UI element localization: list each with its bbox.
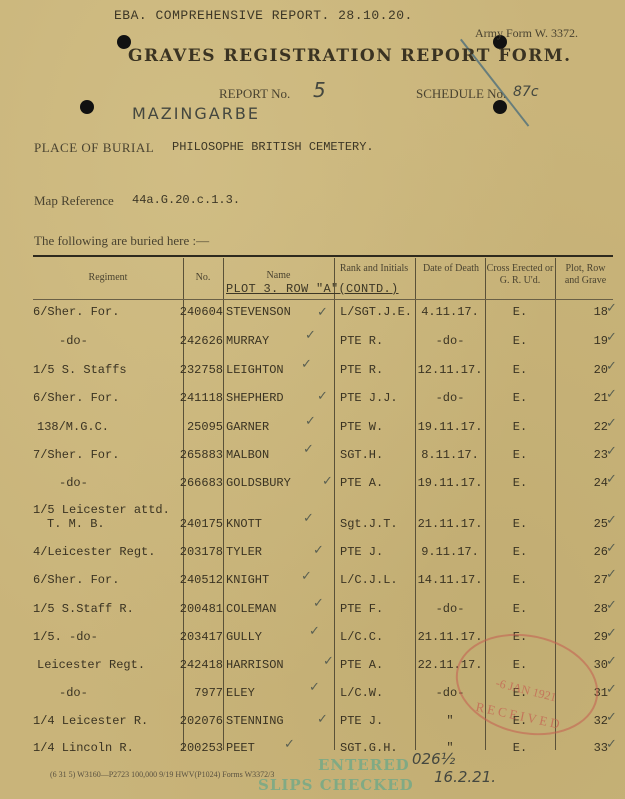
- cell-regiment: 7/Sher. For.: [33, 448, 119, 462]
- cell-grave: 23: [558, 448, 608, 462]
- check-mark-icon: ✓: [606, 737, 617, 752]
- cell-name: GARNER: [226, 420, 269, 434]
- check-mark-icon: ✓: [313, 596, 324, 611]
- table-row: 4/Leicester Regt. 203178 TYLER ✓ PTE J. …: [33, 545, 613, 565]
- cell-cross: E.: [485, 476, 555, 490]
- cell-date: 21.11.17.: [417, 517, 483, 531]
- cell-regiment: 6/Sher. For.: [33, 391, 119, 405]
- table-row: 6/Sher. For. 240604 STEVENSON ✓ L/SGT.J.…: [33, 305, 613, 325]
- check-mark-icon: ✓: [606, 598, 617, 613]
- cell-rank: PTE R.: [340, 363, 383, 377]
- cell-cross: E.: [485, 448, 555, 462]
- cell-number: 240604: [179, 305, 223, 319]
- army-form-number: Army Form W. 3372.: [475, 26, 578, 41]
- handwritten-date: 16.2.21.: [434, 768, 496, 786]
- cell-grave: 27: [558, 573, 608, 587]
- cell-grave: 28: [558, 602, 608, 616]
- cell-cross: E.: [485, 573, 555, 587]
- check-mark-icon: ✓: [606, 359, 617, 374]
- check-mark-icon: ✓: [317, 712, 328, 727]
- cell-rank: L/C.C.: [340, 630, 383, 644]
- check-mark-icon: ✓: [606, 330, 617, 345]
- cell-cross: E.: [485, 741, 555, 755]
- cell-grave: 18: [558, 305, 608, 319]
- place-handwritten: MAZINGARBE: [132, 104, 260, 123]
- punch-hole: [493, 100, 507, 114]
- map-reference-value: 44a.G.20.c.1.3.: [132, 193, 240, 207]
- cell-grave: 26: [558, 545, 608, 559]
- cell-rank: L/C.W.: [340, 686, 383, 700]
- cell-rank: PTE W.: [340, 420, 383, 434]
- table-row: 1/5 S. Staffs 232758 LEIGHTON ✓ PTE R. 1…: [33, 363, 613, 383]
- cell-cross: E.: [485, 334, 555, 348]
- check-mark-icon: ✓: [317, 389, 328, 404]
- buried-here-label: The following are buried here :—: [34, 233, 209, 249]
- column-header-rank: Rank and Initials: [338, 263, 410, 275]
- cell-date: -do-: [417, 334, 483, 348]
- cell-number: 25095: [179, 420, 223, 434]
- cell-number: 200481: [179, 602, 223, 616]
- column-header-regiment: Regiment: [33, 272, 183, 284]
- check-mark-icon: ✓: [301, 357, 312, 372]
- column-header-name: Name: [223, 270, 334, 282]
- cell-regiment: 1/5 S. Staffs: [33, 363, 127, 377]
- check-mark-icon: ✓: [606, 654, 617, 669]
- cell-rank: PTE A.: [340, 476, 383, 490]
- check-mark-icon: ✓: [301, 569, 312, 584]
- cell-name: KNOTT: [226, 517, 262, 531]
- place-of-burial-label: PLACE OF BURIAL: [34, 140, 154, 156]
- cell-rank: L/SGT.J.E.: [340, 305, 412, 319]
- map-reference-label: Map Reference: [34, 193, 114, 209]
- cell-date: 8.11.17.: [417, 448, 483, 462]
- cell-regiment-line1: 1/5 Leicester attd.: [33, 503, 170, 517]
- cell-grave: 19: [558, 334, 608, 348]
- cell-date: 14.11.17.: [417, 573, 483, 587]
- cell-regiment: 6/Sher. For.: [33, 573, 119, 587]
- cell-number: 203178: [179, 545, 223, 559]
- cell-rank: L/C.J.L.: [340, 573, 398, 587]
- cell-grave: 29: [558, 630, 608, 644]
- cell-date: 21.11.17.: [417, 630, 483, 644]
- cell-cross: E.: [485, 391, 555, 405]
- cell-number: 242626: [179, 334, 223, 348]
- check-mark-icon: ✓: [305, 414, 316, 429]
- cell-number: 232758: [179, 363, 223, 377]
- cell-cross: E.: [485, 545, 555, 559]
- entered-stamp: ENTERED: [318, 756, 410, 774]
- cell-number: 266683: [179, 476, 223, 490]
- punch-hole: [80, 100, 94, 114]
- check-mark-icon: ✓: [303, 442, 314, 457]
- cell-regiment: 138/M.G.C.: [37, 420, 109, 434]
- table-row: -do- 242626 MURRAY ✓ PTE R. -do- E. 19 ✓: [33, 334, 613, 354]
- cell-number: 265883: [179, 448, 223, 462]
- cell-rank: SGT.G.H.: [340, 741, 398, 755]
- cell-name: HARRISON: [226, 658, 284, 672]
- check-mark-icon: ✓: [606, 301, 617, 316]
- cell-name: TYLER: [226, 545, 262, 559]
- column-header-grave: Plot, Row and Grave: [558, 263, 613, 287]
- check-mark-icon: ✓: [303, 511, 314, 526]
- check-mark-icon: ✓: [606, 444, 617, 459]
- cell-grave: 22: [558, 420, 608, 434]
- check-mark-icon: ✓: [606, 416, 617, 431]
- cell-grave: 33: [558, 741, 608, 755]
- cell-cross: E.: [485, 305, 555, 319]
- schedule-label: SCHEDULE No.: [416, 86, 506, 102]
- column-header-no: No.: [183, 272, 223, 284]
- cell-regiment: 1/5. -do-: [33, 630, 98, 644]
- cell-name: KNIGHT: [226, 573, 269, 587]
- form-title: GRAVES REGISTRATION REPORT FORM.: [128, 46, 572, 66]
- cell-regiment: T. M. B.: [47, 517, 105, 531]
- check-mark-icon: ✓: [309, 624, 320, 639]
- cell-rank: SGT.H.: [340, 448, 383, 462]
- check-mark-icon: ✓: [309, 680, 320, 695]
- cell-rank: Sgt.J.T.: [340, 517, 398, 531]
- cell-grave: 20: [558, 363, 608, 377]
- table-row: 138/M.G.C. 25095 GARNER ✓ PTE W. 19.11.1…: [33, 420, 613, 440]
- table-row: -do- 266683 GOLDSBURY ✓ PTE A. 19.11.17.…: [33, 476, 613, 496]
- cell-name: STEVENSON: [226, 305, 291, 319]
- comprehensive-report-line: EBA. COMPREHENSIVE REPORT. 28.10.20.: [114, 8, 413, 23]
- cell-name: SHEPHERD: [226, 391, 284, 405]
- check-mark-icon: ✓: [606, 387, 617, 402]
- header-rule: [33, 299, 613, 300]
- table-row: 6/Sher. For. 241118 SHEPHERD ✓ PTE J.J. …: [33, 391, 613, 411]
- cell-date: ": [417, 714, 483, 728]
- place-of-burial-value: PHILOSOPHE BRITISH CEMETERY.: [172, 140, 374, 154]
- cell-date: 4.11.17.: [417, 305, 483, 319]
- cell-grave: 25: [558, 517, 608, 531]
- schedule-value: 87c: [513, 84, 539, 100]
- cell-number: 203417: [179, 630, 223, 644]
- check-mark-icon: ✓: [322, 474, 333, 489]
- cell-regiment: 1/4 Lincoln R.: [33, 741, 134, 755]
- cell-name: COLEMAN: [226, 602, 276, 616]
- cell-grave: 21: [558, 391, 608, 405]
- cell-rank: PTE F.: [340, 602, 383, 616]
- cell-number: 7977: [179, 686, 223, 700]
- cell-cross: E.: [485, 420, 555, 434]
- cell-rank: PTE J.: [340, 714, 383, 728]
- column-header-date: Date of Death: [421, 263, 481, 275]
- table-row: 7/Sher. For. 265883 MALBON ✓ SGT.H. 8.11…: [33, 448, 613, 468]
- check-mark-icon: ✓: [305, 328, 316, 343]
- cell-name: MALBON: [226, 448, 269, 462]
- cell-date: -do-: [417, 602, 483, 616]
- cell-regiment: 1/5 S.Staff R.: [33, 602, 134, 616]
- cell-name: GULLY: [226, 630, 262, 644]
- check-mark-icon: ✓: [606, 682, 617, 697]
- check-mark-icon: ✓: [284, 737, 295, 752]
- check-mark-icon: ✓: [606, 472, 617, 487]
- cell-date: 19.11.17.: [417, 420, 483, 434]
- slips-checked-stamp: SLIPS CHECKED: [258, 776, 414, 794]
- cell-cross: E.: [485, 602, 555, 616]
- cell-regiment: 6/Sher. For.: [33, 305, 119, 319]
- cell-number: 240512: [179, 573, 223, 587]
- cell-rank: PTE A.: [340, 658, 383, 672]
- cell-regiment: 1/4 Leicester R.: [33, 714, 148, 728]
- check-mark-icon: ✓: [606, 541, 617, 556]
- cell-name: PEET: [226, 741, 255, 755]
- check-mark-icon: ✓: [606, 513, 617, 528]
- check-mark-icon: ✓: [606, 567, 617, 582]
- cell-date: 12.11.17.: [417, 363, 483, 377]
- cell-number: 200253: [179, 741, 223, 755]
- cell-regiment: -do-: [59, 476, 88, 490]
- cell-grave: 24: [558, 476, 608, 490]
- cell-regiment: 4/Leicester Regt.: [33, 545, 155, 559]
- cell-name: STENNING: [226, 714, 284, 728]
- cell-rank: PTE R.: [340, 334, 383, 348]
- plot-row-caption: PLOT 3. ROW "A"(CONTD.): [226, 282, 399, 296]
- cell-cross: E.: [485, 363, 555, 377]
- printer-imprint: (6 31 5) W3160—P2723 100,000 9/19 HWV(P1…: [50, 770, 274, 779]
- cell-number: 202076: [179, 714, 223, 728]
- check-mark-icon: ✓: [317, 305, 328, 320]
- column-header-cross: Cross Erected or G. R. U'd.: [485, 263, 555, 287]
- cell-name: MURRAY: [226, 334, 269, 348]
- report-no-value: 5: [313, 78, 326, 102]
- table-row: T. M. B. 240175 KNOTT ✓ Sgt.J.T. 21.11.1…: [33, 517, 613, 537]
- cell-date: -do-: [417, 391, 483, 405]
- cell-name: ELEY: [226, 686, 255, 700]
- cell-name: LEIGHTON: [226, 363, 284, 377]
- cell-number: 241118: [179, 391, 223, 405]
- check-mark-icon: ✓: [606, 626, 617, 641]
- cell-regiment: -do-: [59, 686, 88, 700]
- cell-number: 242418: [179, 658, 223, 672]
- table-row: 6/Sher. For. 240512 KNIGHT ✓ L/C.J.L. 14…: [33, 573, 613, 593]
- cell-number: 240175: [179, 517, 223, 531]
- cell-regiment: -do-: [59, 334, 88, 348]
- cell-rank: PTE J.J.: [340, 391, 398, 405]
- check-mark-icon: ✓: [323, 654, 334, 669]
- cell-rank: PTE J.: [340, 545, 383, 559]
- check-mark-icon: ✓: [313, 543, 324, 558]
- cell-cross: E.: [485, 517, 555, 531]
- cell-regiment: Leicester Regt.: [37, 658, 145, 672]
- table-top-rule: [33, 255, 613, 257]
- check-mark-icon: ✓: [606, 710, 617, 725]
- cell-name: GOLDSBURY: [226, 476, 291, 490]
- cell-date: 19.11.17.: [417, 476, 483, 490]
- table-row: 1/5 S.Staff R. 200481 COLEMAN ✓ PTE F. -…: [33, 602, 613, 622]
- handwritten-note: 026½: [412, 750, 455, 768]
- cell-date: 9.11.17.: [417, 545, 483, 559]
- report-no-label: REPORT No.: [219, 86, 290, 102]
